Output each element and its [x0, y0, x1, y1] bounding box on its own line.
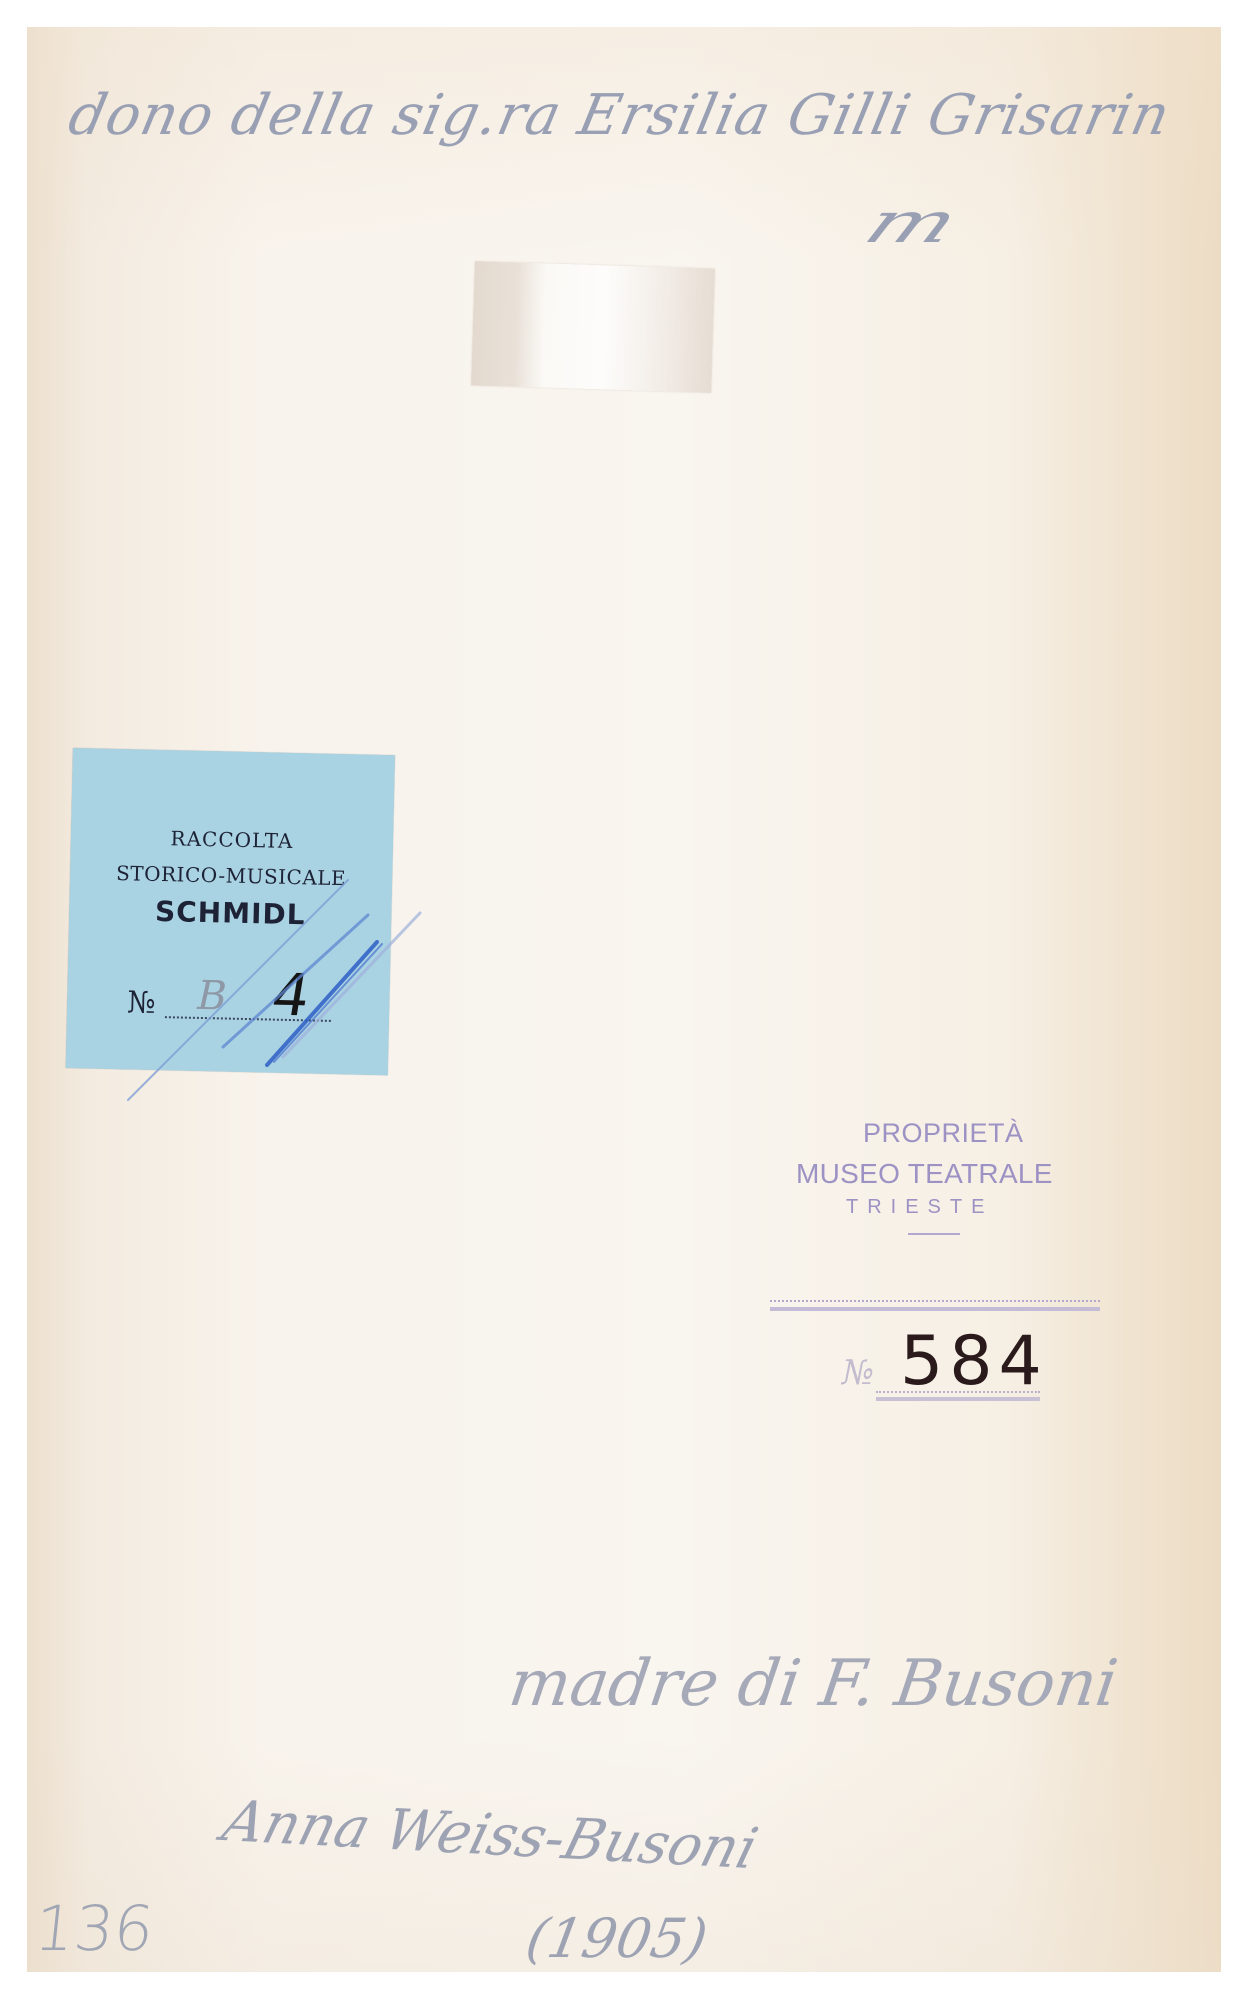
label-dotted-line [165, 1016, 331, 1022]
catalog-number: 136 [32, 1898, 157, 1960]
inventory-number: 584 [900, 1328, 1048, 1396]
stamp-line-3: TRIESTE [846, 1197, 993, 1217]
donation-note: dono della sig.ra Ersilia Gilli Grisarin [64, 88, 1175, 144]
label-line-1: RACCOLTA [71, 826, 393, 853]
stamp-line-2: MUSEO TEATRALE [796, 1160, 1053, 1188]
label-number-sign: № [127, 985, 156, 1021]
stamp-dotted-rule [770, 1300, 1100, 1302]
label-number-prefix: B [197, 973, 227, 1020]
stamp-solid-rule [770, 1307, 1100, 1311]
label-line-2: STORICO-MUSICALE [70, 862, 392, 889]
inventory-number-sign: № [842, 1356, 874, 1390]
date-note: (1905) [522, 1912, 711, 1966]
relation-note: madre di F. Busoni [506, 1652, 1122, 1716]
stamp-short-rule [908, 1233, 960, 1235]
label-line-3: SCHMIDL [69, 896, 392, 931]
collection-label: RACCOLTA STORICO-MUSICALE SCHMIDL № B 4 [66, 748, 395, 1075]
tape-remnant [471, 261, 715, 392]
inventory-dotted-rule [876, 1391, 1040, 1393]
stamp-line-1: PROPRIETÀ [863, 1120, 1024, 1147]
inventory-solid-rule [876, 1397, 1040, 1401]
